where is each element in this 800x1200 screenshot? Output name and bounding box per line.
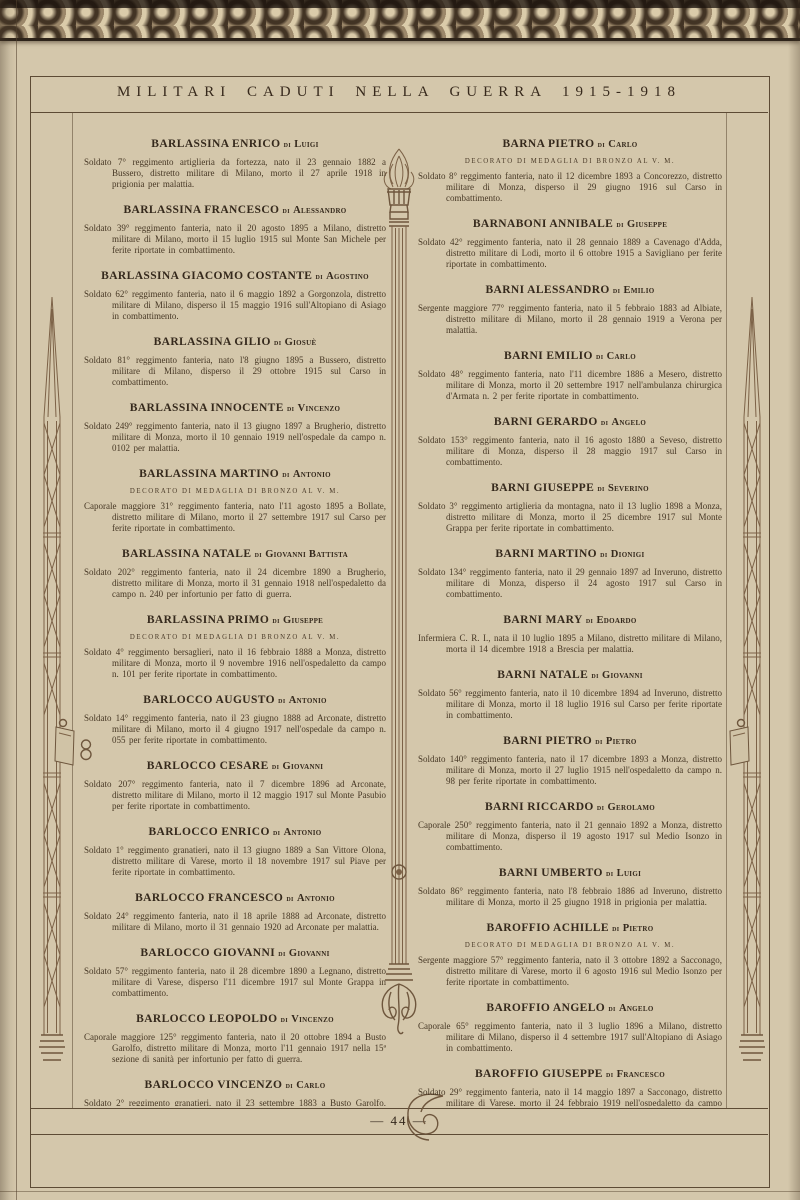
- soldier-surname-firstname: BARNI GERARDO: [494, 416, 598, 428]
- filiation-particle: di: [316, 271, 323, 281]
- father-name: Alessandro: [293, 205, 346, 216]
- soldier-name-heading: BARNABONI ANNIBALE di Giuseppe: [418, 218, 722, 231]
- father-name: Agostino: [326, 271, 369, 282]
- soldier-name-heading: BARLOCCO GIOVANNI di Giovanni: [84, 947, 386, 960]
- soldier-record-text: Soldato 62° reggimento fanteria, nato il…: [84, 289, 386, 322]
- footer-rule-top: [30, 1108, 768, 1109]
- father-name: Pietro: [623, 923, 654, 934]
- soldier-record-text: Soldato 249° reggimento fanteria, nato i…: [84, 421, 386, 454]
- soldier-name-heading: BARNI MARY di Edoardo: [418, 614, 722, 627]
- soldier-surname-firstname: BARNI MARTINO: [495, 548, 597, 560]
- father-name: Giovanni: [289, 948, 330, 959]
- soldier-record-text: Caporale 250° reggimento fanteria, nato …: [418, 820, 722, 853]
- filiation-particle: di: [597, 802, 604, 812]
- father-name: Carlo: [608, 139, 637, 150]
- soldier-name-heading: BARLOCCO VINCENZO di Carlo: [84, 1079, 386, 1092]
- father-name: Antonio: [293, 469, 331, 480]
- soldier-entry: BARLOCCO FRANCESCO di AntonioSoldato 24°…: [84, 892, 386, 933]
- filiation-particle: di: [255, 549, 262, 559]
- soldier-surname-firstname: BARNI UMBERTO: [499, 867, 603, 879]
- father-name: Antonio: [284, 827, 322, 838]
- filiation-particle: di: [613, 285, 620, 295]
- soldier-name-heading: BARNA PIETRO di Carlo: [418, 138, 722, 151]
- soldier-entry: BARLASSINA FRANCESCO di AlessandroSoldat…: [84, 204, 386, 256]
- soldier-record-text: Soldato 2° reggimento granatieri, nato i…: [84, 1098, 386, 1106]
- filiation-particle: di: [597, 483, 604, 493]
- filiation-particle: di: [596, 351, 603, 361]
- soldier-name-heading: BARNI MARTINO di Dionigi: [418, 548, 722, 561]
- filiation-particle: di: [608, 1003, 615, 1013]
- soldier-entry: BARLASSINA NATALE di Giovanni BattistaSo…: [84, 548, 386, 600]
- soldier-name-heading: BARLASSINA INNOCENTE di Vincenzo: [84, 402, 386, 415]
- soldier-record-text: Soldato 134° reggimento fanteria, nato i…: [418, 567, 722, 600]
- soldier-entry: BARLASSINA GILIO di GiosuèSoldato 81° re…: [84, 336, 386, 388]
- filiation-particle: di: [278, 695, 285, 705]
- soldier-entry: BARNI GERARDO di AngeloSoldato 153° regg…: [418, 416, 722, 468]
- soldier-record-text: Caporale 65° reggimento fanteria, nato i…: [418, 1021, 722, 1054]
- soldier-entry: BARNI RICCARDO di GerolamoCaporale 250° …: [418, 801, 722, 853]
- soldier-entry: BARLOCCO VINCENZO di CarloSoldato 2° reg…: [84, 1079, 386, 1106]
- soldier-surname-firstname: BARNI ALESSANDRO: [485, 284, 609, 296]
- soldier-name-heading: BARLOCCO LEOPOLDO di Vincenzo: [84, 1013, 386, 1026]
- soldier-record-text: Sergente maggiore 77° reggimento fanteri…: [418, 303, 722, 336]
- filiation-particle: di: [273, 827, 280, 837]
- filiation-particle: di: [586, 615, 593, 625]
- soldier-entry: BARLASSINA PRIMO di GiuseppeDECORATO DI …: [84, 614, 386, 680]
- filiation-particle: di: [612, 923, 619, 933]
- soldier-surname-firstname: BARLASSINA FRANCESCO: [123, 204, 279, 216]
- decoration-line: DECORATO DI MEDAGLIA DI BRONZO AL V. M.: [84, 487, 386, 496]
- soldier-entry: BARNABONI ANNIBALE di GiuseppeSoldato 42…: [418, 218, 722, 270]
- soldier-surname-firstname: BARLASSINA MARTINO: [139, 468, 279, 480]
- soldier-name-heading: BARNI GERARDO di Angelo: [418, 416, 722, 429]
- decoration-line: DECORATO DI MEDAGLIA DI BRONZO AL V. M.: [418, 157, 722, 166]
- soldier-name-heading: BARLASSINA FRANCESCO di Alessandro: [84, 204, 386, 217]
- soldier-surname-firstname: BARLOCCO AUGUSTO: [143, 694, 275, 706]
- soldier-name-heading: BARNI PIETRO di Pietro: [418, 735, 722, 748]
- soldier-record-text: Soldato 57° reggimento fanteria, nato il…: [84, 966, 386, 999]
- soldier-entry: BARNI MARTINO di DionigiSoldato 134° reg…: [418, 548, 722, 600]
- footer-rule-bottom: [30, 1134, 768, 1135]
- soldier-entry: BARLOCCO CESARE di GiovanniSoldato 207° …: [84, 760, 386, 812]
- father-name: Francesco: [617, 1069, 665, 1080]
- soldier-name-heading: BARLOCCO AUGUSTO di Antonio: [84, 694, 386, 707]
- soldier-surname-firstname: BARNABONI ANNIBALE: [473, 218, 613, 230]
- father-name: Emilio: [624, 285, 655, 296]
- soldier-entry: BARLASSINA ENRICO di LuigiSoldato 7° reg…: [84, 138, 386, 190]
- soldier-entry: BARNI EMILIO di CarloSoldato 48° reggime…: [418, 350, 722, 402]
- soldier-name-heading: BAROFFIO ANGELO di Angelo: [418, 1002, 722, 1015]
- soldier-record-text: Soldato 39° reggimento fanteria, nato il…: [84, 223, 386, 256]
- soldier-entry: BARLOCCO GIOVANNI di GiovanniSoldato 57°…: [84, 947, 386, 999]
- soldier-record-text: Soldato 56° reggimento fanteria, nato il…: [418, 688, 722, 721]
- soldier-surname-firstname: BARLASSINA PRIMO: [147, 614, 269, 626]
- right-column: BARNA PIETRO di CarloDECORATO DI MEDAGLI…: [418, 138, 722, 1106]
- lattice-staff-right-ornament: [729, 295, 775, 1070]
- soldier-surname-firstname: BARNI EMILIO: [504, 350, 593, 362]
- filiation-particle: di: [272, 615, 279, 625]
- soldier-surname-firstname: BARLOCCO VINCENZO: [145, 1079, 283, 1091]
- filiation-particle: di: [283, 205, 290, 215]
- soldier-record-text: Soldato 86° reggimento fanteria, nato l'…: [418, 886, 722, 908]
- filiation-particle: di: [598, 139, 605, 149]
- soldier-name-heading: BARNI NATALE di Giovanni: [418, 669, 722, 682]
- soldier-record-text: Soldato 8° reggimento fanteria, nato il …: [418, 171, 722, 204]
- left-column: BARLASSINA ENRICO di LuigiSoldato 7° reg…: [84, 138, 386, 1106]
- page-title: MILITARI CADUTI NELLA GUERRA 1915-1918: [30, 84, 768, 101]
- soldier-record-text: Soldato 81° reggimento fanteria, nato l'…: [84, 355, 386, 388]
- soldier-entry: BAROFFIO ACHILLE di PietroDECORATO DI ME…: [418, 922, 722, 988]
- filiation-particle: di: [616, 219, 623, 229]
- soldier-entry: BARNI MARY di EdoardoInfermiera C. R. I.…: [418, 614, 722, 655]
- soldier-entry: BARNA PIETRO di CarloDECORATO DI MEDAGLI…: [418, 138, 722, 204]
- soldier-surname-firstname: BAROFFIO GIUSEPPE: [475, 1068, 603, 1080]
- father-name: Angelo: [619, 1003, 654, 1014]
- soldier-surname-firstname: BARLASSINA INNOCENTE: [130, 402, 284, 414]
- father-name: Gerolamo: [608, 802, 656, 813]
- filiation-particle: di: [286, 1080, 293, 1090]
- soldier-entry: BARNI PIETRO di PietroSoldato 140° reggi…: [418, 735, 722, 787]
- soldier-record-text: Infermiera C. R. I., nata il 10 luglio 1…: [418, 633, 722, 655]
- soldier-surname-firstname: BARNI NATALE: [497, 669, 588, 681]
- father-name: Luigi: [294, 139, 318, 150]
- soldier-name-heading: BARLASSINA ENRICO di Luigi: [84, 138, 386, 151]
- filiation-particle: di: [591, 670, 598, 680]
- ring-medallion-icon: [390, 863, 408, 881]
- filiation-particle: di: [272, 761, 279, 771]
- soldier-record-text: Soldato 24° reggimento fanteria, nato il…: [84, 911, 386, 933]
- filiation-particle: di: [278, 948, 285, 958]
- soldier-entry: BARLASSINA MARTINO di AntonioDECORATO DI…: [84, 468, 386, 534]
- filiation-particle: di: [284, 139, 291, 149]
- filiation-particle: di: [287, 403, 294, 413]
- soldier-entry: BAROFFIO GIUSEPPE di FrancescoSoldato 29…: [418, 1068, 722, 1106]
- header-rule: [30, 112, 768, 113]
- soldier-entry: BARNI GIUSEPPE di SeverinoSoldato 3° reg…: [418, 482, 722, 534]
- soldier-name-heading: BARLOCCO CESARE di Giovanni: [84, 760, 386, 773]
- soldier-name-heading: BARNI UMBERTO di Luigi: [418, 867, 722, 880]
- filiation-particle: di: [282, 469, 289, 479]
- soldier-record-text: Soldato 14° reggimento fanteria, nato il…: [84, 713, 386, 746]
- soldier-entry: BAROFFIO ANGELO di AngeloCaporale 65° re…: [418, 1002, 722, 1054]
- inner-rule-right: [726, 113, 727, 1108]
- filiation-particle: di: [606, 868, 613, 878]
- soldier-record-text: Soldato 42° reggimento fanteria, nato il…: [418, 237, 722, 270]
- soldier-record-text: Soldato 140° reggimento fanteria, nato i…: [418, 754, 722, 787]
- soldier-entry: BARLOCCO AUGUSTO di AntonioSoldato 14° r…: [84, 694, 386, 746]
- soldier-record-text: Soldato 207° reggimento fanteria, nato i…: [84, 779, 386, 812]
- father-name: Antonio: [289, 695, 327, 706]
- soldier-surname-firstname: BARLASSINA NATALE: [122, 548, 251, 560]
- soldier-surname-firstname: BAROFFIO ANGELO: [486, 1002, 605, 1014]
- decoration-line: DECORATO DI MEDAGLIA DI BRONZO AL V. M.: [418, 941, 722, 950]
- filiation-particle: di: [606, 1069, 613, 1079]
- soldier-surname-firstname: BARNI GIUSEPPE: [491, 482, 594, 494]
- soldier-name-heading: BAROFFIO ACHILLE di Pietro: [418, 922, 722, 935]
- soldier-surname-firstname: BARLOCCO CESARE: [147, 760, 269, 772]
- father-name: Giovanni: [602, 670, 643, 681]
- soldier-name-heading: BAROFFIO GIUSEPPE di Francesco: [418, 1068, 722, 1081]
- father-name: Vincenzo: [291, 1014, 334, 1025]
- father-name: Giuseppe: [283, 615, 323, 626]
- soldier-surname-firstname: BARLOCCO FRANCESCO: [135, 892, 283, 904]
- soldier-record-text: Soldato 3° reggimento artiglieria da mon…: [418, 501, 722, 534]
- page-right-edge: [788, 0, 800, 1200]
- soldier-surname-firstname: BARNI RICCARDO: [485, 801, 594, 813]
- soldier-surname-firstname: BAROFFIO ACHILLE: [487, 922, 609, 934]
- filiation-particle: di: [595, 736, 602, 746]
- soldier-name-heading: BARLASSINA MARTINO di Antonio: [84, 468, 386, 481]
- filiation-particle: di: [601, 417, 608, 427]
- page-left-edge: [0, 0, 17, 1200]
- book-edge-embossing: [0, 0, 800, 41]
- father-name: Carlo: [607, 351, 636, 362]
- soldier-surname-firstname: BARNA PIETRO: [502, 138, 594, 150]
- soldier-name-heading: BARLASSINA GILIO di Giosuè: [84, 336, 386, 349]
- soldier-surname-firstname: BARLOCCO LEOPOLDO: [136, 1013, 277, 1025]
- filiation-particle: di: [274, 337, 281, 347]
- soldier-name-heading: BARNI RICCARDO di Gerolamo: [418, 801, 722, 814]
- decoration-line: DECORATO DI MEDAGLIA DI BRONZO AL V. M.: [84, 633, 386, 642]
- soldier-entry: BARLASSINA GIACOMO COSTANTE di AgostinoS…: [84, 270, 386, 322]
- father-name: Luigi: [617, 868, 641, 879]
- father-name: Severino: [608, 483, 649, 494]
- soldier-entry: BARNI UMBERTO di LuigiSoldato 86° reggim…: [418, 867, 722, 908]
- father-name: Pietro: [606, 736, 637, 747]
- soldier-record-text: Soldato 153° reggimento fanteria, nato i…: [418, 435, 722, 468]
- soldier-name-heading: BARLOCCO FRANCESCO di Antonio: [84, 892, 386, 905]
- father-name: Giovanni Battista: [265, 549, 348, 560]
- father-name: Dionigi: [611, 549, 645, 560]
- soldier-surname-firstname: BARLASSINA GILIO: [154, 336, 271, 348]
- soldier-name-heading: BARNI GIUSEPPE di Severino: [418, 482, 722, 495]
- father-name: Giosuè: [285, 337, 317, 348]
- father-name: Edoardo: [596, 615, 636, 626]
- soldier-name-heading: BARNI ALESSANDRO di Emilio: [418, 284, 722, 297]
- soldier-name-heading: BARLOCCO ENRICO di Antonio: [84, 826, 386, 839]
- filiation-particle: di: [286, 893, 293, 903]
- soldier-surname-firstname: BARNI MARY: [503, 614, 582, 626]
- soldier-record-text: Soldato 1° reggimento granatieri, nato i…: [84, 845, 386, 878]
- page-number: — 44 —: [30, 1113, 768, 1129]
- soldier-surname-firstname: BARLOCCO GIOVANNI: [140, 947, 275, 959]
- filiation-particle: di: [600, 549, 607, 559]
- soldier-surname-firstname: BARLASSINA ENRICO: [151, 138, 280, 150]
- soldier-entry: BARNI NATALE di GiovanniSoldato 56° regg…: [418, 669, 722, 721]
- father-name: Giuseppe: [627, 219, 667, 230]
- soldier-record-text: Soldato 4° reggimento bersaglieri, nato …: [84, 647, 386, 680]
- father-name: Antonio: [297, 893, 335, 904]
- lattice-staff-left-ornament: [29, 295, 75, 1070]
- soldier-surname-firstname: BARLOCCO ENRICO: [148, 826, 269, 838]
- filiation-particle: di: [281, 1014, 288, 1024]
- soldier-record-text: Soldato 48° reggimento fanteria, nato l'…: [418, 369, 722, 402]
- soldier-record-text: Sergente maggiore 57° reggimento fanteri…: [418, 955, 722, 988]
- soldier-entry: BARLOCCO LEOPOLDO di VincenzoCaporale ma…: [84, 1013, 386, 1065]
- father-name: Carlo: [296, 1080, 325, 1091]
- soldier-record-text: Soldato 29° reggimento fanteria, nato il…: [418, 1087, 722, 1106]
- soldier-name-heading: BARNI EMILIO di Carlo: [418, 350, 722, 363]
- page-bottom-edge: [0, 1191, 800, 1192]
- father-name: Giovanni: [282, 761, 323, 772]
- father-name: Vincenzo: [298, 403, 341, 414]
- soldier-record-text: Caporale maggiore 31° reggimento fanteri…: [84, 501, 386, 534]
- soldier-record-text: Caporale maggiore 125° reggimento fanter…: [84, 1032, 386, 1065]
- soldier-entry: BARLASSINA INNOCENTE di VincenzoSoldato …: [84, 402, 386, 454]
- soldier-surname-firstname: BARNI PIETRO: [503, 735, 592, 747]
- soldier-name-heading: BARLASSINA GIACOMO COSTANTE di Agostino: [84, 270, 386, 283]
- soldier-entry: BARNI ALESSANDRO di EmilioSergente maggi…: [418, 284, 722, 336]
- soldier-surname-firstname: BARLASSINA GIACOMO COSTANTE: [101, 270, 312, 282]
- soldier-name-heading: BARLASSINA NATALE di Giovanni Battista: [84, 548, 386, 561]
- father-name: Angelo: [612, 417, 647, 428]
- soldier-entry: BARLOCCO ENRICO di AntonioSoldato 1° reg…: [84, 826, 386, 878]
- soldier-record-text: Soldato 7° reggimento artiglieria da for…: [84, 157, 386, 190]
- soldier-record-text: Soldato 202° reggimento fanteria, nato i…: [84, 567, 386, 600]
- soldier-name-heading: BARLASSINA PRIMO di Giuseppe: [84, 614, 386, 627]
